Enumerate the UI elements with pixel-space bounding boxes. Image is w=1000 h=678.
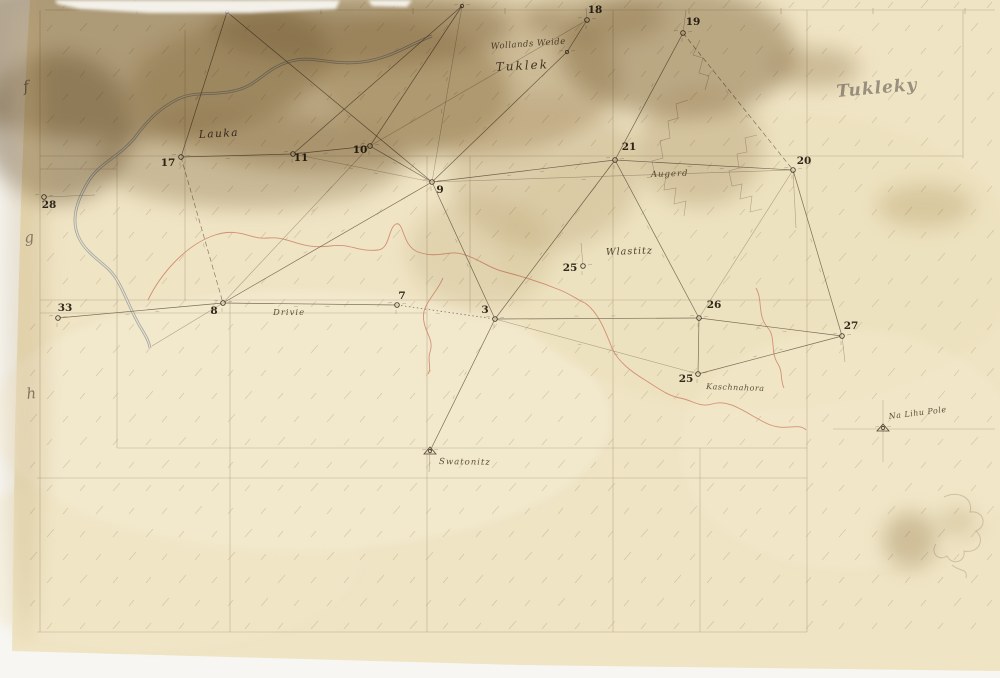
station-circle [791,168,796,173]
station-number-27: 27 [844,320,859,332]
station-circle [840,334,845,339]
torn-paper-edge [368,0,412,7]
station-number-25b: 25 [679,373,694,385]
station-circle [696,372,701,377]
station-number-26: 26 [707,299,722,311]
stain-blob [95,112,405,208]
station-circle [430,180,435,185]
stain-blob [408,197,552,307]
station-number-20: 20 [797,155,812,167]
stain-blob [771,48,859,88]
station-number-33: 33 [58,302,73,314]
label-drivie: Drivie [272,308,305,318]
station-circle [56,316,61,321]
station-circle [697,316,702,321]
station-circle [221,301,226,306]
station-circle [493,317,498,322]
station-number-8: 8 [210,305,217,317]
label-wlastitz: Wlastitz [606,245,653,258]
station-number-25a: 25 [563,262,578,274]
station-circle [581,264,586,269]
station-circle [395,303,400,308]
station-number-7: 7 [398,290,405,302]
stain-blob [883,512,937,568]
station-number-9: 9 [436,184,443,196]
stain-blob [5,0,45,640]
stain-blob [877,184,973,228]
survey-map: 181917111092120283387326272525Wollands W… [0,0,1000,678]
scanned-map-sheet: 181917111092120283387326272525Wollands W… [0,0,1000,678]
stain-blob [938,507,978,537]
label-swatonitz: Swatonitz [439,457,491,468]
stain-blob [638,90,762,206]
